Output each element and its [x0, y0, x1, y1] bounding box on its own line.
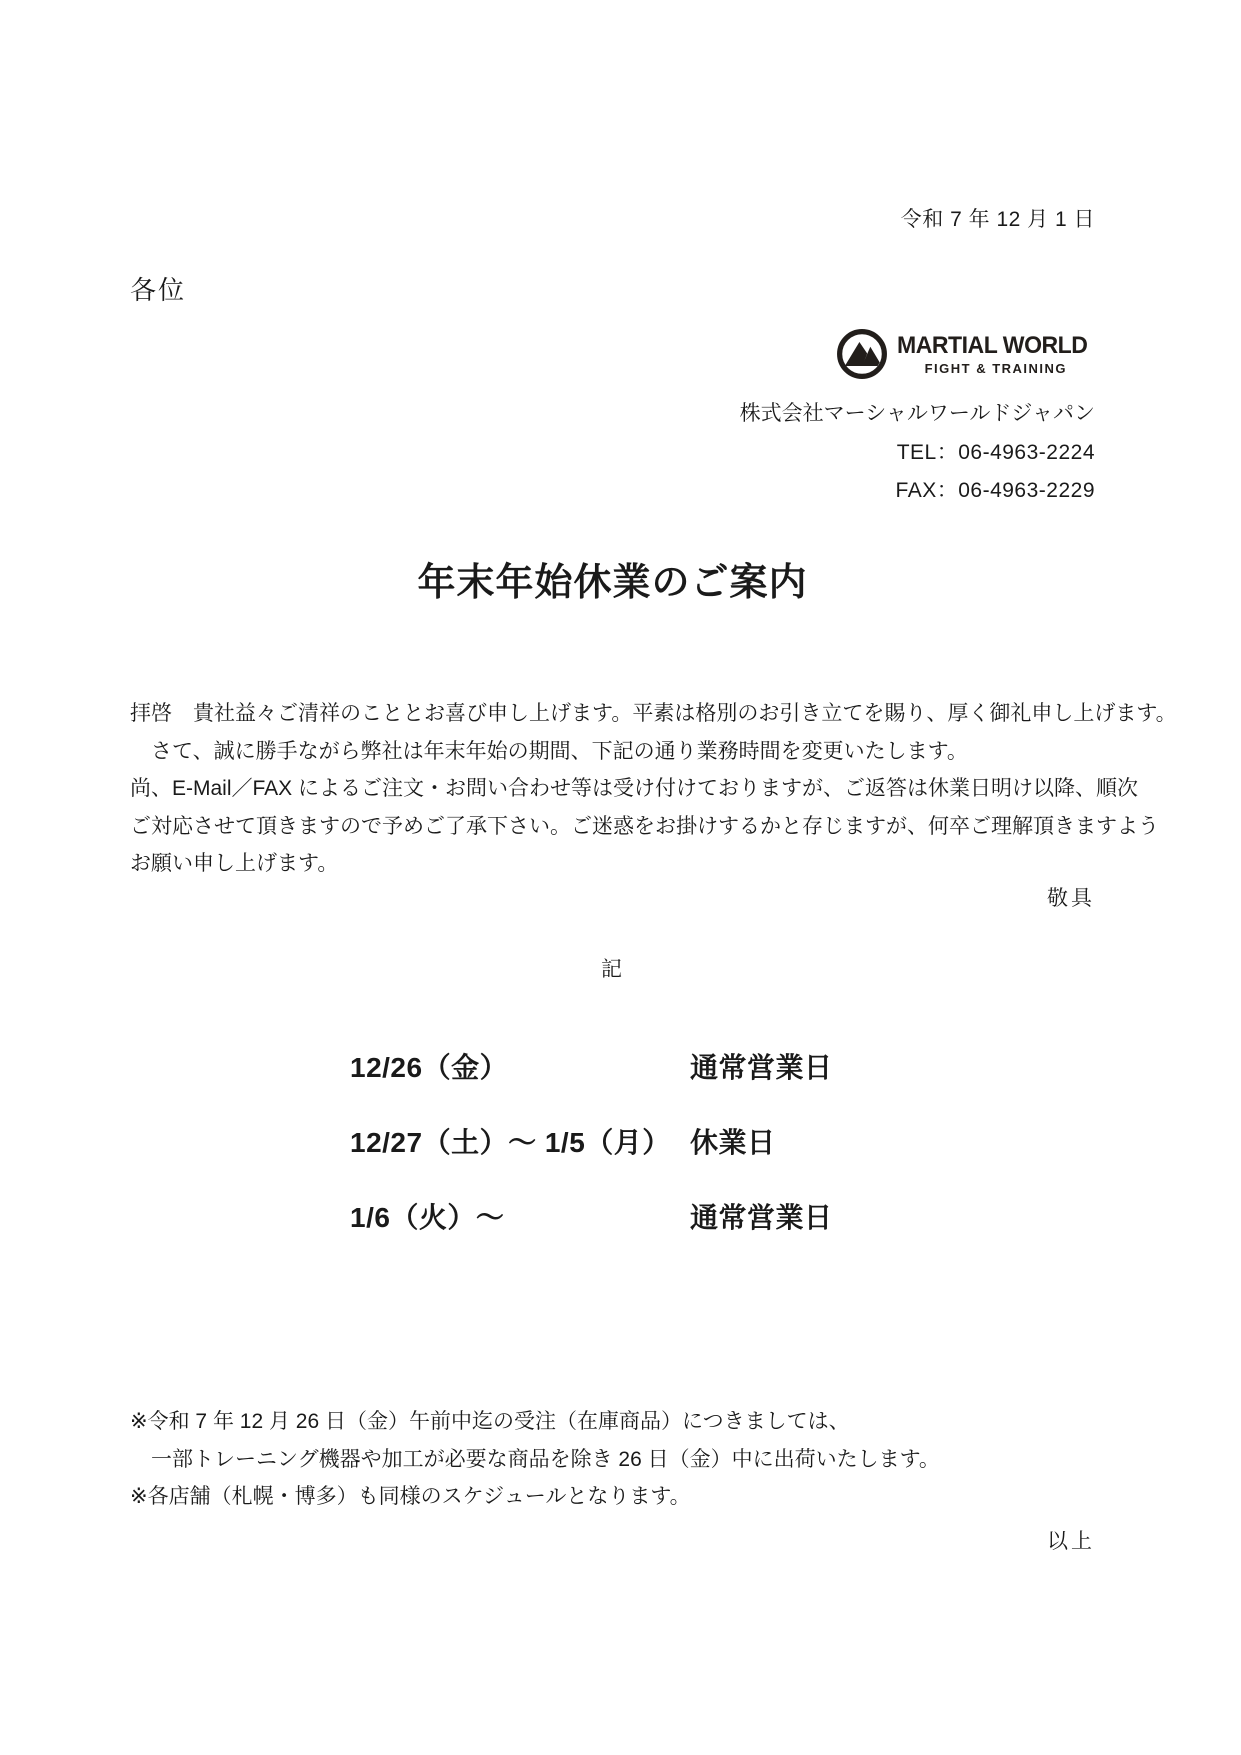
company-name: 株式会社マーシャルワールドジャパン — [740, 397, 1095, 427]
schedule-row: 12/26（金） 通常営業日 — [350, 1046, 833, 1121]
schedule-status: 通常営業日 — [690, 1196, 833, 1236]
schedule-status: 通常営業日 — [690, 1046, 833, 1086]
body-line: 拝啓 貴社益々ご清祥のこととお喜び申し上げます。平素は格別のお引き立てを賜り、厚… — [130, 695, 1115, 733]
schedule-row: 1/6（火）～ 通常営業日 — [350, 1196, 833, 1271]
footnote-line: ※各店舗（札幌・博多）も同様のスケジュールとなります。 — [130, 1478, 1115, 1516]
company-logo: MARTIAL WORLD FIGHT & TRAINING — [836, 328, 1095, 380]
footnotes: ※令和 7 年 12 月 26 日（金）午前中迄の受注（在庫商品）につきましては… — [130, 1403, 1115, 1516]
body-line: さて、誠に勝手ながら弊社は年末年始の期間、下記の通り業務時間を変更いたします。 — [130, 733, 1115, 771]
logo-text: MARTIAL WORLD FIGHT & TRAINING — [897, 332, 1095, 376]
holiday-schedule: 12/26（金） 通常営業日 12/27（土）～ 1/5（月） 休業日 1/6（… — [350, 1046, 833, 1271]
company-tel: TEL：06-4963-2224 — [897, 436, 1095, 466]
footer-ijou: 以上 — [1047, 1525, 1095, 1555]
mountain-in-circle-icon — [836, 328, 888, 380]
document-title: 年末年始休業のご案内 — [130, 551, 1095, 606]
schedule-status: 休業日 — [690, 1121, 776, 1161]
schedule-period: 12/26（金） — [350, 1046, 690, 1086]
record-marker-ki: 記 — [130, 953, 1095, 983]
closing-keigu: 敬具 — [1047, 882, 1095, 912]
body-line: 尚、E-Mail／FAX によるご注文・お問い合わせ等は受け付けておりますが、ご… — [130, 770, 1115, 808]
schedule-period: 12/27（土）～ 1/5（月） — [350, 1121, 690, 1161]
logo-tagline-text: FIGHT & TRAINING — [925, 361, 1067, 376]
holiday-notice-letter: 令和 7 年 12 月 1 日 各位 MARTIAL WORLD FIGHT &… — [0, 0, 1241, 1755]
body-line: ご対応させて頂きますので予めご了承下さい。ご迷惑をお掛けするかと存じますが、何卒… — [130, 808, 1115, 846]
footnote-line: 一部トレーニング機器や加工が必要な商品を除き 26 日（金）中に出荷いたします。 — [130, 1441, 1115, 1479]
body-line: お願い申し上げます。 — [130, 845, 1115, 883]
body-paragraphs: 拝啓 貴社益々ご清祥のこととお喜び申し上げます。平素は格別のお引き立てを賜り、厚… — [130, 695, 1115, 883]
company-fax: FAX：06-4963-2229 — [896, 474, 1095, 504]
schedule-row: 12/27（土）～ 1/5（月） 休業日 — [350, 1121, 833, 1196]
salutation: 各位 — [130, 270, 186, 307]
logo-brand-text: MARTIAL WORLD — [897, 332, 1087, 360]
schedule-period: 1/6（火）～ — [350, 1196, 690, 1236]
letter-date: 令和 7 年 12 月 1 日 — [901, 203, 1095, 233]
footnote-line: ※令和 7 年 12 月 26 日（金）午前中迄の受注（在庫商品）につきましては… — [130, 1403, 1115, 1441]
